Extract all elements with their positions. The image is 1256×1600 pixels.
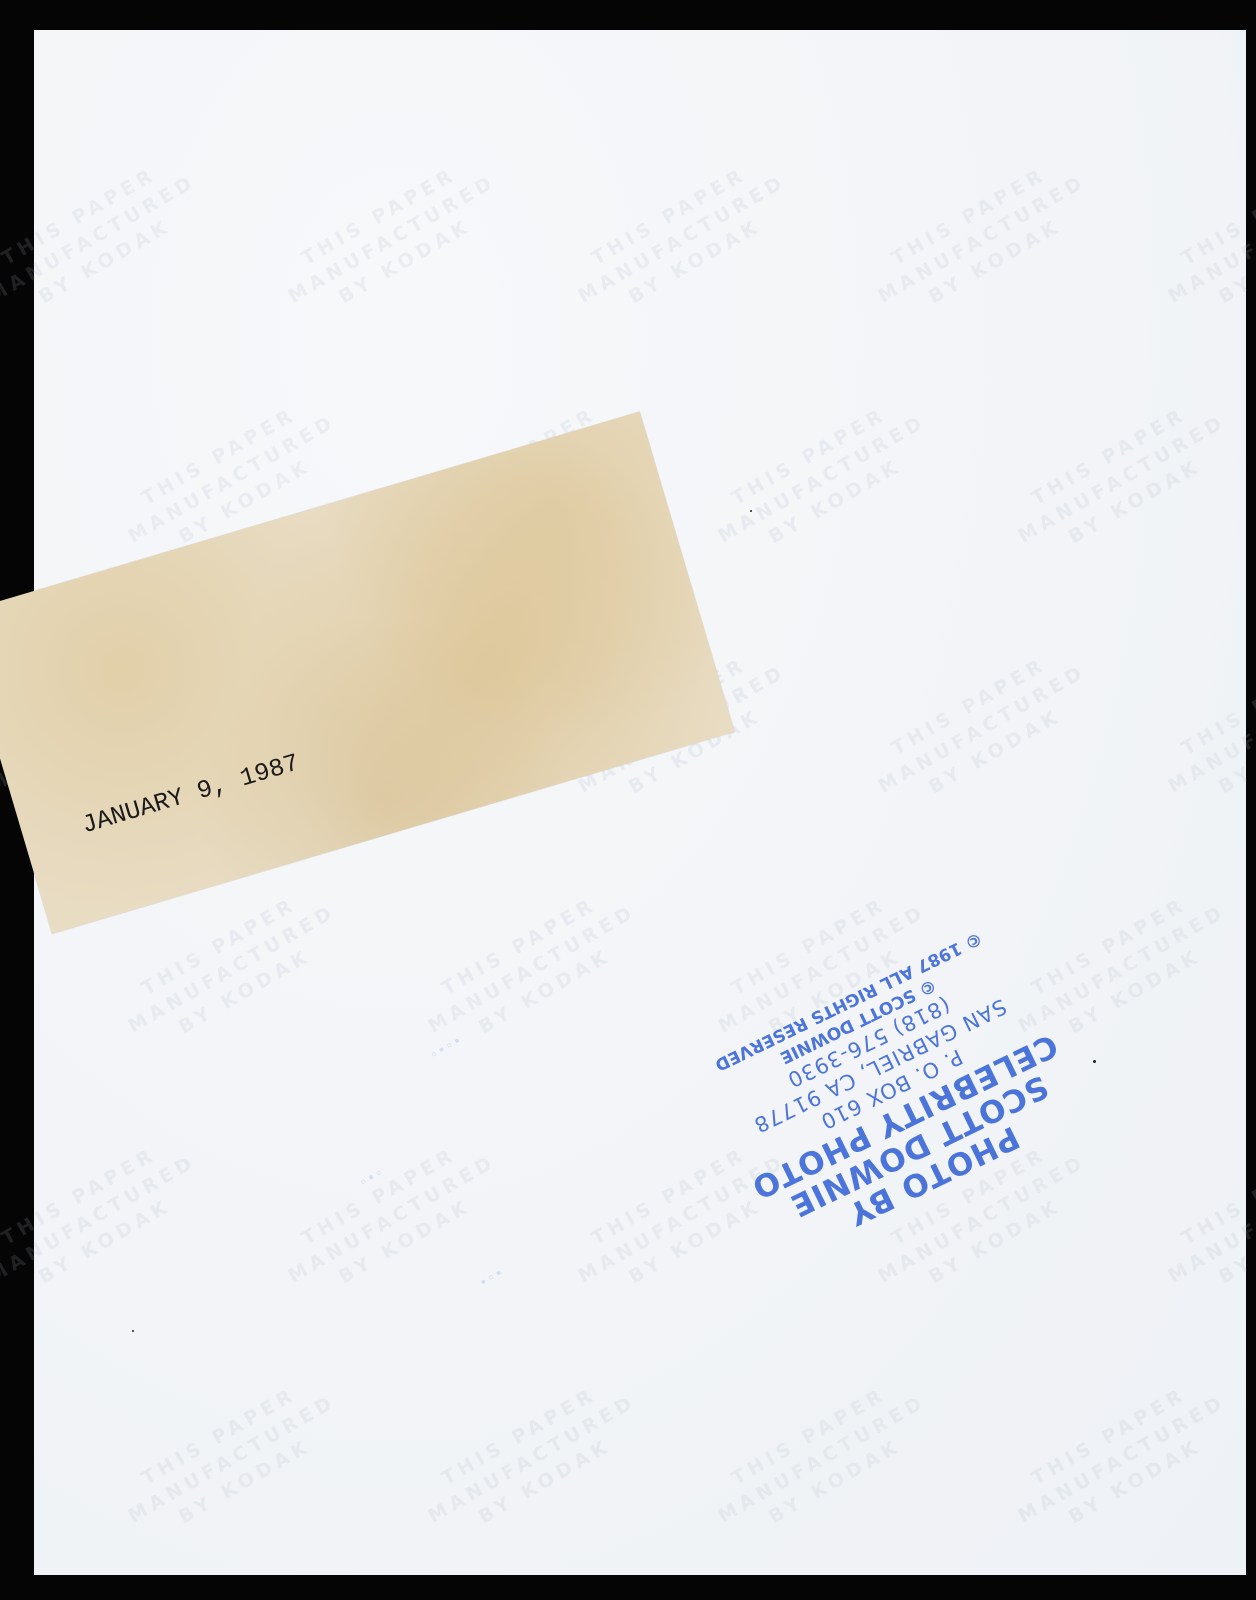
kodak-watermark: THIS PAPERMANUFACTUREDBY KODAK: [410, 876, 654, 1062]
dust-speck: [1093, 1060, 1096, 1063]
kodak-watermark: THIS PAPERMANUFACTUREDBY KODAK: [1000, 386, 1244, 572]
dust-speck: [750, 510, 752, 512]
kodak-watermark: THIS PAPERMANUFACTUREDBY KODAK: [270, 1126, 514, 1312]
kodak-watermark: THIS PAPERMANUFACTUREDBY KODAK: [860, 636, 1104, 822]
kodak-watermark: THIS PAPERMANUFACTUREDBY KODAK: [700, 1366, 944, 1552]
kodak-watermark: THIS PAPERMANUFACTUREDBY KODAK: [1150, 146, 1256, 332]
kodak-watermark: THIS PAPERMANUFACTUREDBY KODAK: [1000, 1366, 1244, 1552]
kodak-watermark: THIS PAPERMANUFACTUREDBY KODAK: [110, 1366, 354, 1552]
kodak-watermark: THIS PAPERMANUFACTUREDBY KODAK: [270, 146, 514, 332]
kodak-watermark: THIS PAPERMANUFACTUREDBY KODAK: [410, 1366, 654, 1552]
kodak-watermark: THIS PAPERMANUFACTUREDBY KODAK: [0, 146, 214, 332]
dust-speck: [132, 1330, 134, 1332]
kodak-watermark: THIS PAPERMANUFACTUREDBY KODAK: [700, 386, 944, 572]
kodak-watermark: THIS PAPERMANUFACTUREDBY KODAK: [0, 1126, 214, 1312]
kodak-watermark: THIS PAPERMANUFACTUREDBY KODAK: [860, 146, 1104, 332]
kodak-watermark: THIS PAPERMANUFACTUREDBY KODAK: [560, 146, 804, 332]
kodak-watermark: THIS PAPERMANUFACTUREDBY KODAK: [1150, 1126, 1256, 1312]
kodak-watermark: THIS PAPERMANUFACTUREDBY KODAK: [1150, 636, 1256, 822]
